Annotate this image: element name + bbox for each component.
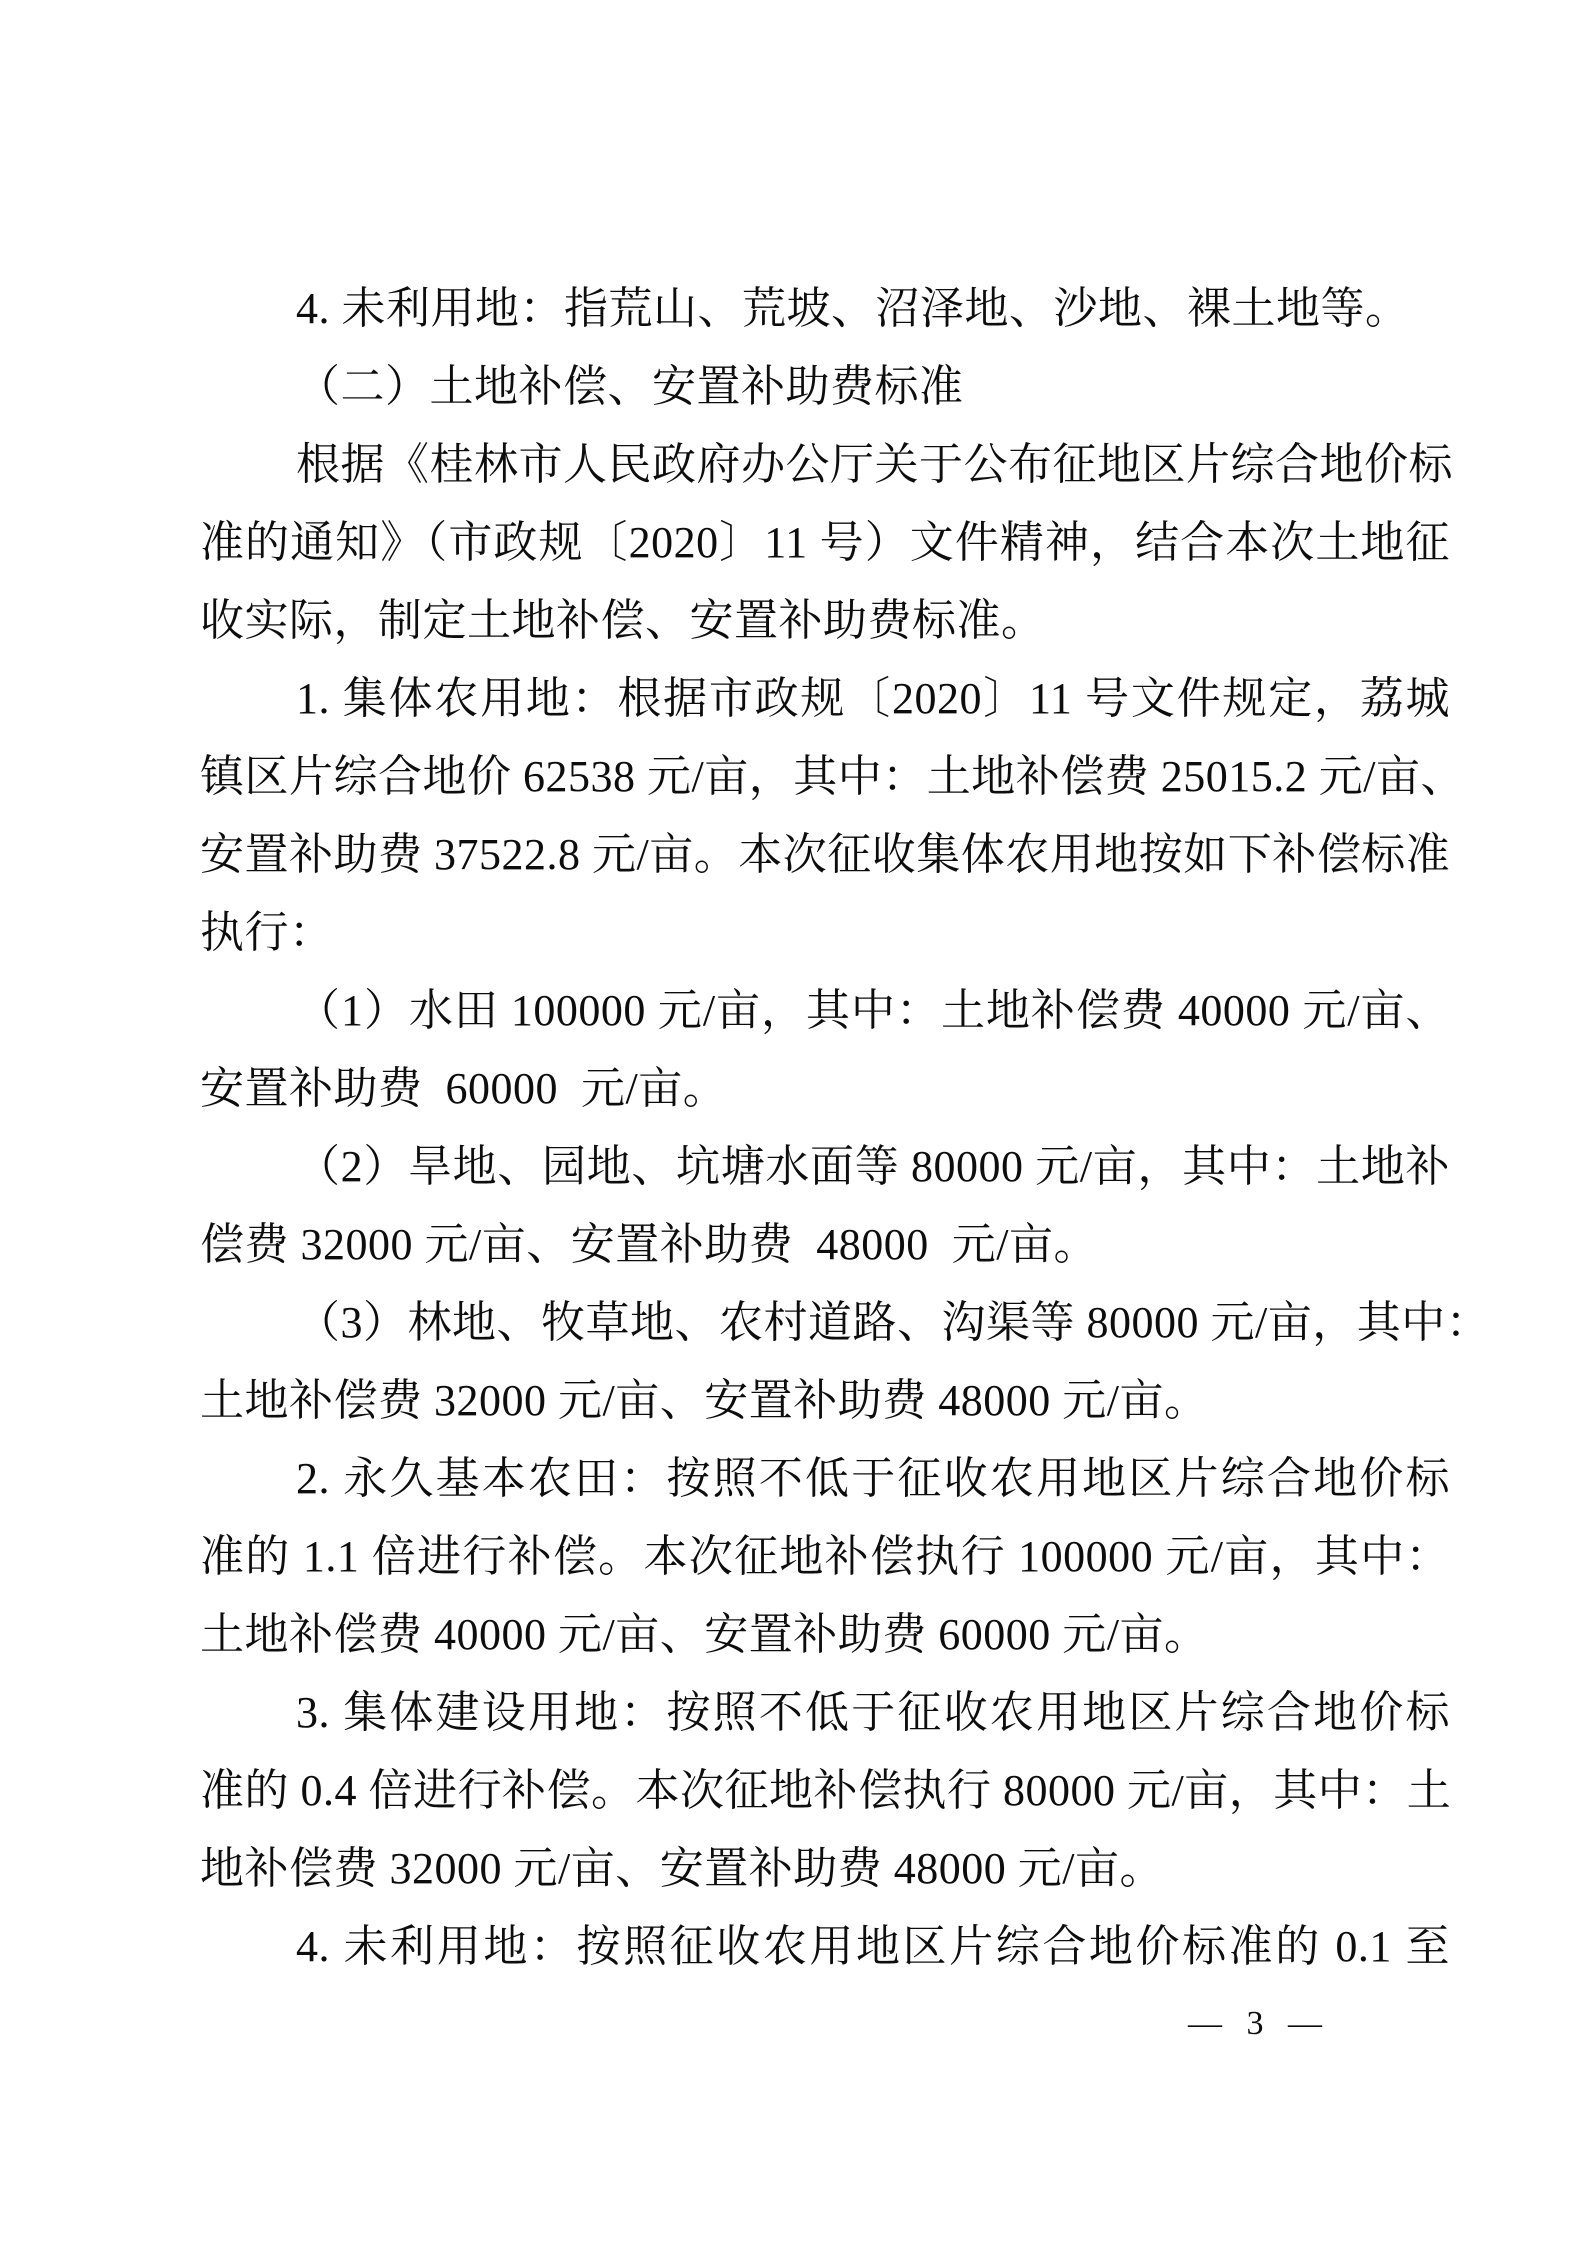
text-line: 1. 集体农用地：根据市政规〔2020〕11 号文件规定，荔城 [200,660,1450,738]
text-line: （3）林地、牧草地、农村道路、沟渠等 80000 元/亩，其中： [200,1284,1450,1362]
document-page: 4. 未利用地：指荒山、荒坡、沼泽地、沙地、裸土地等。（二）土地补偿、安置补助费… [0,0,1587,2245]
text-line: 4. 未利用地：指荒山、荒坡、沼泽地、沙地、裸土地等。 [200,270,1450,348]
text-line: （1）水田 100000 元/亩，其中：土地补偿费 40000 元/亩、 [200,972,1450,1050]
text-line: 镇区片综合地价 62538 元/亩，其中：土地补偿费 25015.2 元/亩、 [200,738,1450,816]
text-line: 安置补助费 37522.8 元/亩。本次征收集体农用地按如下补偿标准 [200,816,1450,894]
text-line: （二）土地补偿、安置补助费标准 [200,348,1450,426]
text-line: 3. 集体建设用地：按照不低于征收农用地区片综合地价标 [200,1674,1450,1752]
text-line: 偿费 32000 元/亩、安置补助费 48000 元/亩。 [200,1206,1450,1284]
text-line: 准的 0.4 倍进行补偿。本次征地补偿执行 80000 元/亩，其中：土 [200,1752,1450,1830]
text-line: 土地补偿费 40000 元/亩、安置补助费 60000 元/亩。 [200,1596,1450,1674]
text-line: （2）旱地、园地、坑塘水面等 80000 元/亩，其中：土地补 [200,1128,1450,1206]
text-line: 安置补助费 60000 元/亩。 [200,1050,1450,1128]
page-number: — 3 — [1150,2002,1360,2046]
text-line: 4. 未利用地：按照征收农用地区片综合地价标准的 0.1 至 [200,1908,1450,1986]
text-line: 收实际，制定土地补偿、安置补助费标准。 [200,582,1450,660]
text-line: 根据《桂林市人民政府办公厅关于公布征地区片综合地价标 [200,426,1450,504]
text-line: 准的 1.1 倍进行补偿。本次征地补偿执行 100000 元/亩，其中： [200,1518,1450,1596]
document-body: 4. 未利用地：指荒山、荒坡、沼泽地、沙地、裸土地等。（二）土地补偿、安置补助费… [200,270,1450,1986]
text-line: 执行： [200,894,1450,972]
text-line: 土地补偿费 32000 元/亩、安置补助费 48000 元/亩。 [200,1362,1450,1440]
text-line: 准的通知》（市政规〔2020〕11 号）文件精神，结合本次土地征 [200,504,1450,582]
text-line: 地补偿费 32000 元/亩、安置补助费 48000 元/亩。 [200,1830,1450,1908]
text-line: 2. 永久基本农田：按照不低于征收农用地区片综合地价标 [200,1440,1450,1518]
